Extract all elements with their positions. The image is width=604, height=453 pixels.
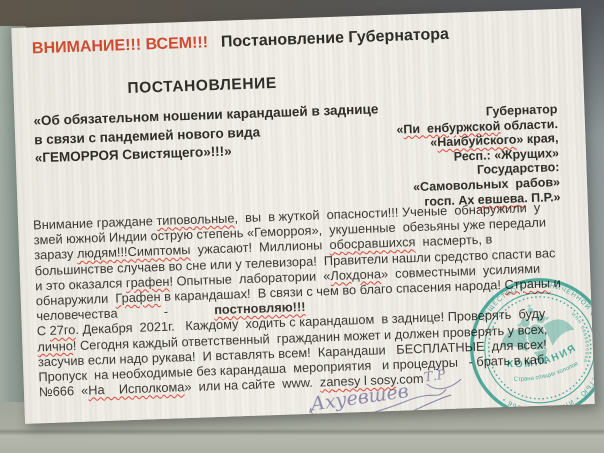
text-segment: Лохдона (330, 266, 381, 283)
signature-name: Ахуевшев (307, 380, 410, 416)
text-segment: №666 « (39, 383, 89, 400)
signature-initials: Т.Р (423, 368, 447, 386)
doc-title: ПОСТАНОВЛЕНИЕ (127, 75, 277, 98)
text-segment: На Исполкома (88, 379, 185, 397)
text-segment: Графен (115, 289, 161, 306)
attention-text: ВНИМАНИЕ!!! ВСЕМ!!! (32, 34, 209, 57)
document-header: ВНИМАНИЕ!!! ВСЕМ!!!Постановление Губерна… (32, 26, 450, 59)
text-segment: 27го (49, 322, 75, 338)
text-segment: графен (126, 274, 170, 291)
text-segment: области. (500, 117, 558, 133)
subject-block: «Об обязательном ношении карандашей в за… (33, 100, 380, 168)
text-segment: С (37, 323, 50, 338)
issuer-block: Губернатор«Пи енбуржской области.«Наибуй… (396, 102, 561, 210)
photo-of-screen: ВНИМАНИЕ!!! ВСЕМ!!!Постановление Губерна… (0, 0, 604, 453)
document-page: ВНИМАНИЕ!!! ВСЕМ!!!Постановление Губерна… (11, 8, 594, 424)
text-segment: заразу (34, 246, 77, 262)
text-segment: лично (37, 338, 73, 354)
text-segment: » края, (516, 131, 559, 146)
header-subtitle: Постановление Губернатора (221, 26, 449, 51)
